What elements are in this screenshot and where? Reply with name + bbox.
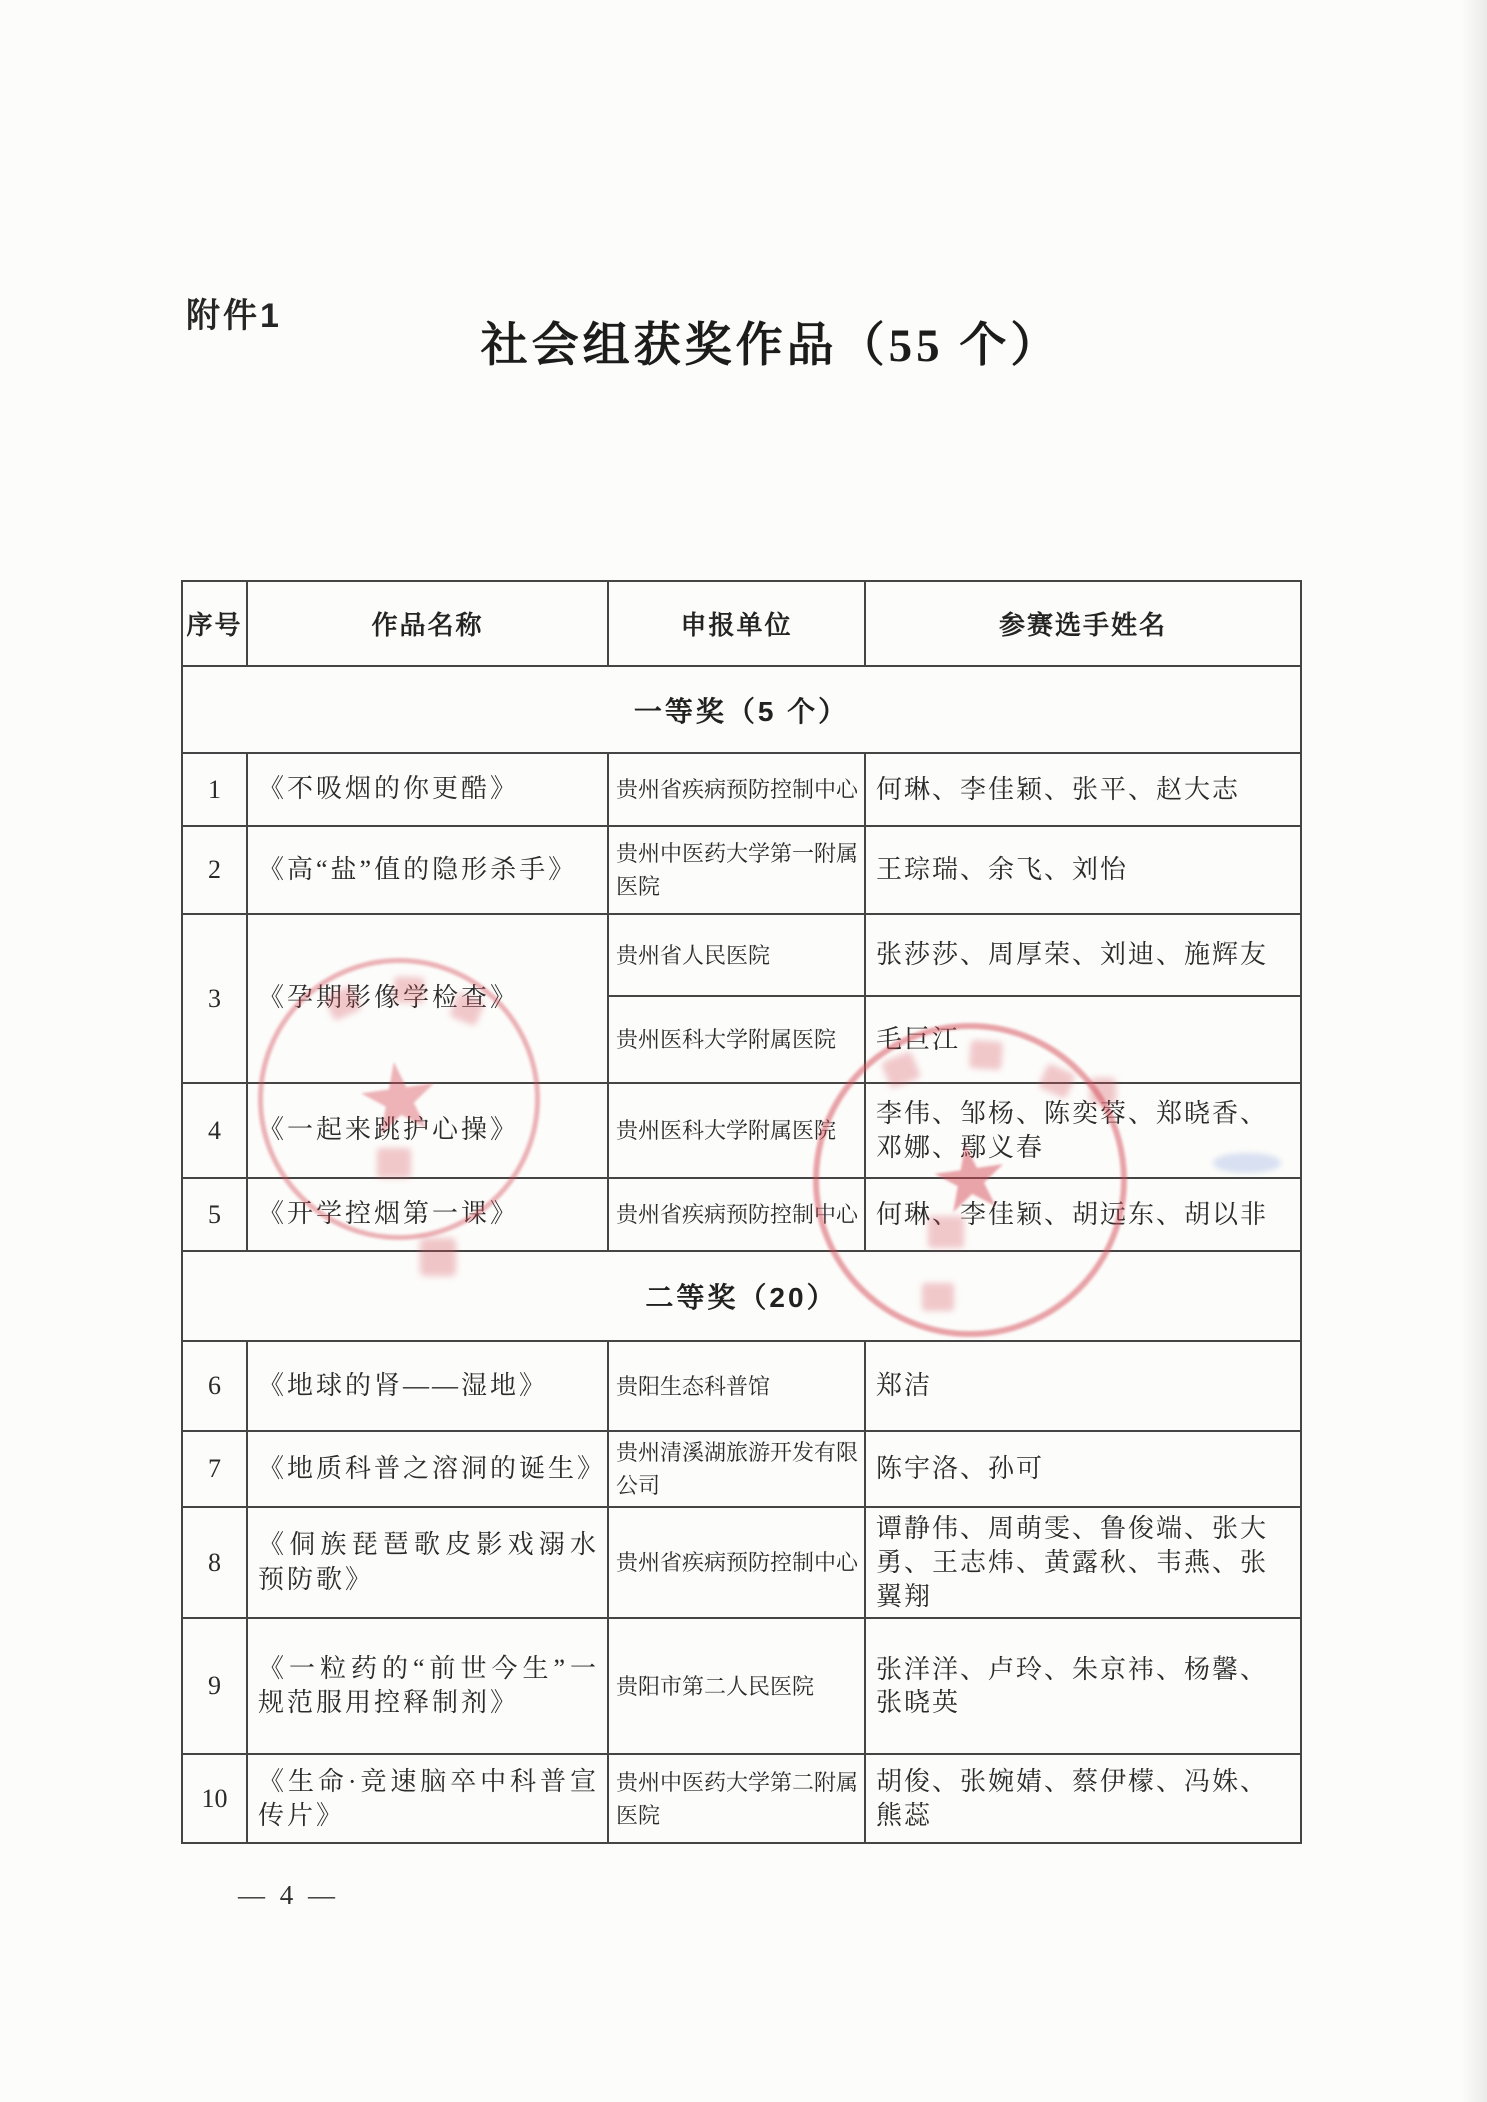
row-number: 8 <box>182 1507 247 1618</box>
scanned-document-page: 附件1 社会组获奖作品（55 个） 序号作品名称申报单位参赛选手姓名一等奖（5 … <box>0 0 1487 2102</box>
page-number: — 4 — <box>238 1880 339 1911</box>
column-header: 申报单位 <box>608 581 865 666</box>
org-name: 贵州省疾病预防控制中心 <box>608 1178 865 1251</box>
org-name: 贵阳生态科普馆 <box>608 1341 865 1431</box>
page-title: 社会组获奖作品（55 个） <box>0 308 1487 375</box>
table-row: 7《地质科普之溶洞的诞生》贵州清溪湖旅游开发有限公司陈宇洛、孙可 <box>182 1431 1301 1507</box>
contestant-names: 王琮瑞、余飞、刘怡 <box>865 826 1301 914</box>
table-row: 5《开学控烟第一课》贵州省疾病预防控制中心何琳、李佳颖、胡远东、胡以非 <box>182 1178 1301 1251</box>
table-row: 3《孕期影像学检查》贵州省人民医院张莎莎、周厚荣、刘迪、施辉友 <box>182 914 1301 996</box>
work-title: 《开学控烟第一课》 <box>247 1178 608 1251</box>
org-name: 贵州中医药大学第二附属医院 <box>608 1754 865 1843</box>
row-number: 5 <box>182 1178 247 1251</box>
org-name: 贵阳市第二人民医院 <box>608 1618 865 1754</box>
org-name: 贵州省疾病预防控制中心 <box>608 1507 865 1618</box>
work-title: 《高“盐”值的隐形杀手》 <box>247 826 608 914</box>
row-number: 4 <box>182 1083 247 1178</box>
row-number: 10 <box>182 1754 247 1843</box>
column-header: 参赛选手姓名 <box>865 581 1301 666</box>
contestant-names: 郑洁 <box>865 1341 1301 1431</box>
org-name: 贵州中医药大学第一附属医院 <box>608 826 865 914</box>
contestant-names: 胡俊、张婉婧、蔡伊檬、冯姝、熊蕊 <box>865 1754 1301 1843</box>
row-number: 6 <box>182 1341 247 1431</box>
org-name: 贵州省疾病预防控制中心 <box>608 753 865 826</box>
award-table: 序号作品名称申报单位参赛选手姓名一等奖（5 个）1《不吸烟的你更酷》贵州省疾病预… <box>181 580 1302 1844</box>
org-name: 贵州省人民医院 <box>608 914 865 996</box>
work-title: 《一起来跳护心操》 <box>247 1083 608 1178</box>
section-row: 一等奖（5 个） <box>182 666 1301 753</box>
table-row: 4《一起来跳护心操》贵州医科大学附属医院李伟、邹杨、陈奕蓉、郑晓香、邓娜、鄢义春 <box>182 1083 1301 1178</box>
row-number: 1 <box>182 753 247 826</box>
contestant-names: 张莎莎、周厚荣、刘迪、施辉友 <box>865 914 1301 996</box>
table-row: 10《生命·竞速脑卒中科普宣传片》贵州中医药大学第二附属医院胡俊、张婉婧、蔡伊檬… <box>182 1754 1301 1843</box>
org-name: 贵州医科大学附属医院 <box>608 996 865 1083</box>
contestant-names: 谭静伟、周萌雯、鲁俊端、张大勇、王志炜、黄露秋、韦燕、张翼翔 <box>865 1507 1301 1618</box>
section-row: 二等奖（20） <box>182 1251 1301 1341</box>
work-title: 《地球的肾——湿地》 <box>247 1341 608 1431</box>
contestant-names: 何琳、李佳颖、胡远东、胡以非 <box>865 1178 1301 1251</box>
work-title: 《地质科普之溶洞的诞生》 <box>247 1431 608 1507</box>
column-header: 序号 <box>182 581 247 666</box>
work-title: 《生命·竞速脑卒中科普宣传片》 <box>247 1754 608 1843</box>
work-title: 《一粒药的“前世今生”一规范服用控释制剂》 <box>247 1618 608 1754</box>
work-title: 《不吸烟的你更酷》 <box>247 753 608 826</box>
prize-section-label: 二等奖（20） <box>182 1251 1301 1341</box>
table-row: 6《地球的肾——湿地》贵阳生态科普馆郑洁 <box>182 1341 1301 1431</box>
work-title: 《侗族琵琶歌皮影戏溺水预防歌》 <box>247 1507 608 1618</box>
row-number: 9 <box>182 1618 247 1754</box>
prize-section-label: 一等奖（5 个） <box>182 666 1301 753</box>
contestant-names: 陈宇洛、孙可 <box>865 1431 1301 1507</box>
row-number: 3 <box>182 914 247 1083</box>
row-number: 2 <box>182 826 247 914</box>
contestant-names: 张洋洋、卢玲、朱京祎、杨馨、张晓英 <box>865 1618 1301 1754</box>
table-row: 1《不吸烟的你更酷》贵州省疾病预防控制中心何琳、李佳颖、张平、赵大志 <box>182 753 1301 826</box>
contestant-names: 李伟、邹杨、陈奕蓉、郑晓香、邓娜、鄢义春 <box>865 1083 1301 1178</box>
work-title: 《孕期影像学检查》 <box>247 914 608 1083</box>
row-number: 7 <box>182 1431 247 1507</box>
column-header: 作品名称 <box>247 581 608 666</box>
contestant-names: 何琳、李佳颖、张平、赵大志 <box>865 753 1301 826</box>
contestant-names: 毛巨江 <box>865 996 1301 1083</box>
header-row: 序号作品名称申报单位参赛选手姓名 <box>182 581 1301 666</box>
table-row: 8《侗族琵琶歌皮影戏溺水预防歌》贵州省疾病预防控制中心谭静伟、周萌雯、鲁俊端、张… <box>182 1507 1301 1618</box>
org-name: 贵州清溪湖旅游开发有限公司 <box>608 1431 865 1507</box>
table-row: 9《一粒药的“前世今生”一规范服用控释制剂》贵阳市第二人民医院张洋洋、卢玲、朱京… <box>182 1618 1301 1754</box>
org-name: 贵州医科大学附属医院 <box>608 1083 865 1178</box>
table-row: 2《高“盐”值的隐形杀手》贵州中医药大学第一附属医院王琮瑞、余飞、刘怡 <box>182 826 1301 914</box>
